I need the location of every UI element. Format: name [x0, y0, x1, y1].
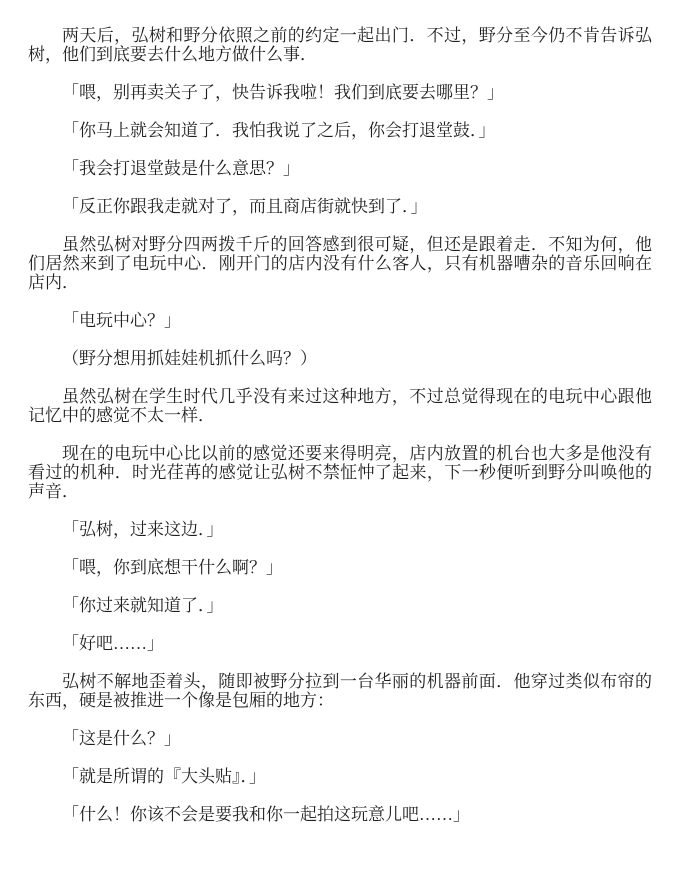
paragraph: 「这是什么？」	[28, 729, 652, 748]
paragraph: 两天后，弘树和野分依照之前的约定一起出门．不过，野分至今仍不肯告诉弘树，他们到底…	[28, 26, 652, 64]
paragraph: 「反正你跟我走就对了，而且商店街就快到了．」	[28, 197, 652, 216]
paragraph: 虽然弘树对野分四两拨千斤的回答感到很可疑，但还是跟着走．不知为何，他们居然来到了…	[28, 235, 652, 292]
paragraph: 「喂，别再卖关子了，快告诉我啦！我们到底要去哪里？」	[28, 83, 652, 102]
paragraph: 「你马上就会知道了．我怕我说了之后，你会打退堂鼓．」	[28, 121, 652, 140]
paragraph: 「我会打退堂鼓是什么意思？」	[28, 159, 652, 178]
paragraph: （野分想用抓娃娃机抓什么吗？）	[28, 349, 652, 368]
paragraph: 现在的电玩中心比以前的感觉还要来得明亮，店内放置的机台也大多是他没有看过的机种．…	[28, 444, 652, 501]
paragraph: 弘树不解地歪着头，随即被野分拉到一台华丽的机器前面．他穿过类似布帘的东西，硬是被…	[28, 672, 652, 710]
novel-text-body: 两天后，弘树和野分依照之前的约定一起出门．不过，野分至今仍不肯告诉弘树，他们到底…	[0, 0, 680, 824]
paragraph: 虽然弘树在学生时代几乎没有来过这种地方，不过总觉得现在的电玩中心跟他记忆中的感觉…	[28, 387, 652, 425]
paragraph: 「弘树，过来这边．」	[28, 520, 652, 539]
paragraph: 「什么！你该不会是要我和你一起拍这玩意儿吧……」	[28, 805, 652, 824]
paragraph: 「好吧……」	[28, 634, 652, 653]
paragraph: 「你过来就知道了．」	[28, 596, 652, 615]
paragraph: 「就是所谓的『大头贴』．」	[28, 767, 652, 786]
document-page: 两天后，弘树和野分依照之前的约定一起出门．不过，野分至今仍不肯告诉弘树，他们到底…	[0, 0, 680, 880]
paragraph: 「电玩中心？」	[28, 311, 652, 330]
paragraph: 「喂，你到底想干什么啊？」	[28, 558, 652, 577]
